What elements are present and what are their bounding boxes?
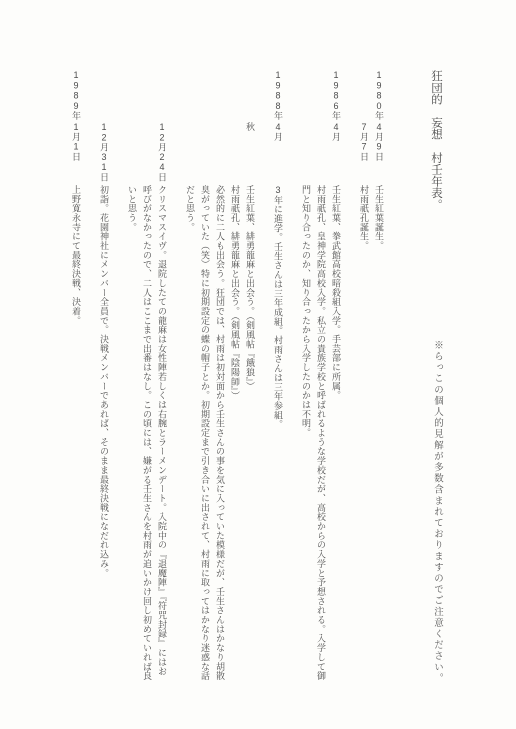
entry-text: 門と知り合ったのか、知り合ったから入学したのかは不明。 <box>300 185 313 437</box>
entry-date: 4月 <box>272 122 285 142</box>
text-column: 門と知り合ったのか、知り合ったから入学したのかは不明。 <box>300 70 315 729</box>
text-column: 臭がっていた（笑）特に初期設定の蝶の帽子とか。初期設定まで引き合いに出されて、村… <box>199 70 214 729</box>
entry-year: 1988年 <box>272 70 285 121</box>
text-column: 1989年 1月1日 上野寛永寺にて最終決戦、決着。 <box>70 70 85 729</box>
entry-text: 壬生紅葉誕生。 <box>373 185 386 250</box>
entry-date: 12月31日 <box>98 122 111 182</box>
entry-text: 臭がっていた（笑）特に初期設定の蝶の帽子とか。初期設定まで引き合いに出されて、村… <box>199 185 212 681</box>
entry-text: だと思う。 <box>184 185 197 232</box>
entry-text: 村雨祇孔誕生。 <box>358 185 371 250</box>
entry-text: 上野寛永寺にて最終決戦、決着。 <box>70 185 83 325</box>
entry-year: 1986年 <box>330 70 343 121</box>
text-column: 呼びがなかったので、二人はここまで出番はなし。この頃には、嫌がる壬生さんを村雨が… <box>141 70 156 729</box>
entry-date: 12月24日 <box>156 122 169 182</box>
title-column: 狂団的 妄想 村壬年表。 ※らっこの個人的見解が多数含まれておりますのでご注意く… <box>429 70 446 729</box>
page-title: 狂団的 妄想 村壬年表。 <box>428 70 444 210</box>
entry-year: 1980年 <box>373 70 386 121</box>
entry-date: 1月1日 <box>70 122 83 161</box>
entry-text: 呼びがなかったので、二人はここまで出番はなし。この頃には、嫌がる壬生さんを村雨が… <box>141 185 154 681</box>
text-column: 必然的に二人も出会う。狂団では、村雨は初対面から壬生さんの事を気に入っていた模様… <box>214 70 229 729</box>
timeline-entry-1988-autumn: 秋 壬生紅葉、緋勇龍麻と出会う。（剣風帖『餓狼』） 村雨祇孔、緋勇龍麻と出会う。… <box>184 70 259 729</box>
text-column: 1986年 4月 壬生紅葉、拳武館高校暗殺組入学。手芸部に所属。 <box>330 70 345 729</box>
text-column: 7月7日 村雨祇孔誕生。 <box>358 70 373 729</box>
timeline-entry-1988-12-24: 12月24日 クリスマスイヴ。退院したての龍麻は女性陣若しくは右腕とラーメンデー… <box>126 70 171 729</box>
text-column: 12月24日 クリスマスイヴ。退院したての龍麻は女性陣若しくは右腕とラーメンデー… <box>156 70 171 729</box>
entry-text: 必然的に二人も出会う。狂団では、村雨は初対面から壬生さんの事を気に入っていた模様… <box>214 185 227 681</box>
document-page: 狂団的 妄想 村壬年表。 ※らっこの個人的見解が多数含まれておりますのでご注意く… <box>0 0 516 729</box>
timeline-entry-1989-01-01: 1989年 1月1日 上野寛永寺にて最終決戦、決着。 <box>70 70 85 729</box>
text-column: 1980年 4月9日 壬生紅葉誕生。 <box>373 70 388 729</box>
timeline-entry-1988-04: 1988年 4月 3年に進学。壬生さんは三年成組。村雨さんは三年参組。 <box>272 70 287 729</box>
entry-text: 3年に進学。壬生さんは三年成組。村雨さんは三年参組。 <box>272 185 285 429</box>
entry-date: 4月9日 <box>373 122 386 161</box>
timeline-entry-1980-07-07: 7月7日 村雨祇孔誕生。 <box>358 70 373 729</box>
timeline-entry-1986-04: 1986年 4月 壬生紅葉、拳武館高校暗殺組入学。手芸部に所属。 村雨祇孔、皇神… <box>300 70 345 729</box>
entry-text: 壬生紅葉、拳武館高校暗殺組入学。手芸部に所属。 <box>330 185 343 400</box>
entry-text: 村雨祇孔、緋勇龍麻と出会う。（剣風帖『陰陽師』） <box>229 185 242 400</box>
entry-text: クリスマスイヴ。退院したての龍麻は女性陣若しくは右腕とラーメンデート。入院中の『… <box>156 185 169 676</box>
entry-year: 1989年 <box>70 70 83 121</box>
text-column: 12月31日 初詣。花園神社にメンバー全員で。決戦メンバーであれば、そのまま最終… <box>98 70 113 729</box>
entry-text: 村雨祇孔、皇神学院高校入学。私立の貴族学校と呼ばれるような学校だが、高校からの入… <box>315 185 328 681</box>
entry-date: 4月 <box>330 122 343 142</box>
text-column: 秋 壬生紅葉、緋勇龍麻と出会う。（剣風帖『餓狼』） <box>244 70 259 729</box>
text-column: 村雨祇孔、皇神学院高校入学。私立の貴族学校と呼ばれるような学校だが、高校からの入… <box>315 70 330 729</box>
entry-text: 壬生紅葉、緋勇龍麻と出会う。（剣風帖『餓狼』） <box>244 185 257 391</box>
document-header: 狂団的 妄想 村壬年表。 ※らっこの個人的見解が多数含まれておりますのでご注意く… <box>429 70 446 729</box>
timeline-entry-1980-04-09: 1980年 4月9日 壬生紅葉誕生。 <box>373 70 388 729</box>
text-column: 1988年 4月 3年に進学。壬生さんは三年成組。村雨さんは三年参組。 <box>272 70 287 729</box>
text-column: 村雨祇孔、緋勇龍麻と出会う。（剣風帖『陰陽師』） <box>229 70 244 729</box>
entry-text: 初詣。花園神社にメンバー全員で。決戦メンバーであれば、そのまま最終決戦になだれ込… <box>98 185 111 578</box>
timeline-entry-1988-12-31: 12月31日 初詣。花園神社にメンバー全員で。決戦メンバーであれば、そのまま最終… <box>98 70 113 729</box>
text-column: だと思う。 <box>184 70 199 729</box>
entry-date: 秋 <box>244 122 257 131</box>
entry-date: 7月7日 <box>358 122 371 161</box>
text-column: いと思う。 <box>126 70 141 729</box>
entry-text: いと思う。 <box>126 185 139 232</box>
disclaimer-note: ※らっこの個人的見解が多数含まれておりますのでご注意ください。 <box>430 340 444 684</box>
